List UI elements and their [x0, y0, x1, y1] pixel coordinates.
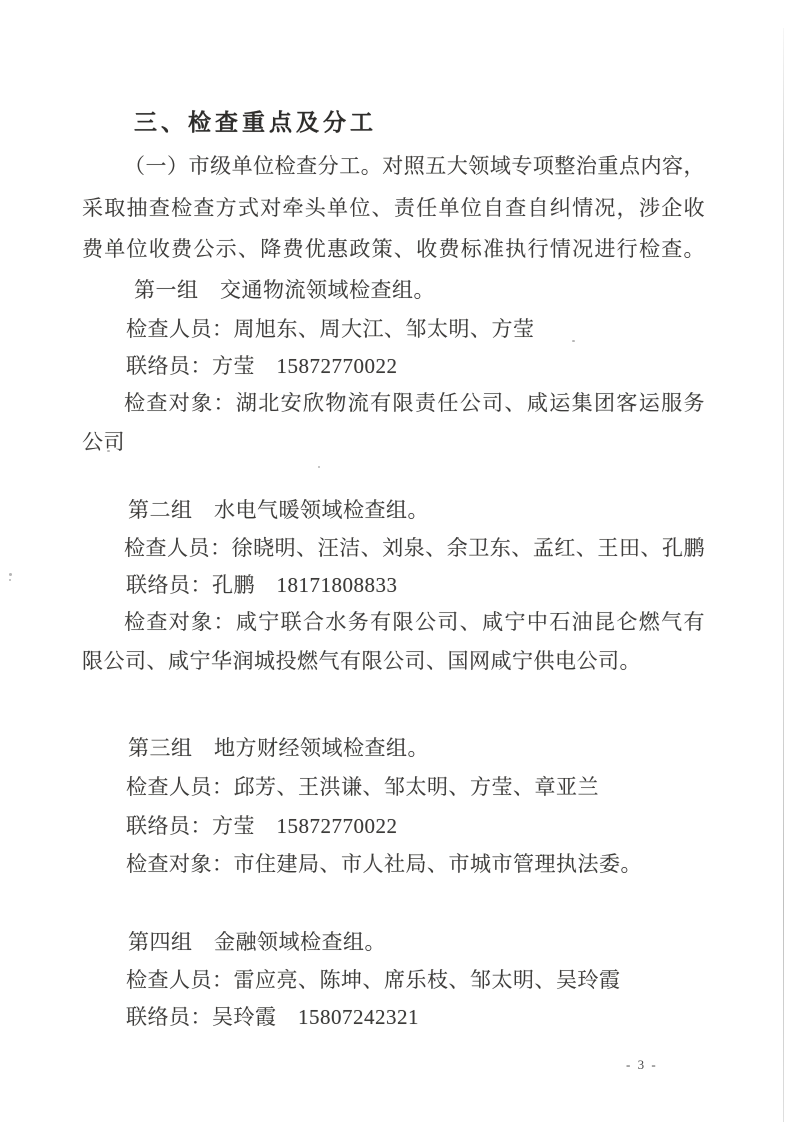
inspectors-line: 检查人员：周旭东、周大江、邹太明、方莹 [126, 315, 535, 343]
group-title: 第三组 地方财经领域检查组。 [128, 734, 429, 762]
liaison-line: 联络员：方莹 15872770022 [126, 812, 398, 840]
targets-line: 限公司、咸宁华润城投燃气有限公司、国网咸宁供电公司。 [82, 647, 641, 675]
targets-line: 公司 [82, 428, 125, 456]
scan-edge-line [783, 28, 784, 1122]
liaison-line: 联络员：方莹 15872770022 [126, 352, 398, 380]
intro-line: 采取抽查检查方式对牵头单位、责任单位自查自纠情况，涉企收 [82, 194, 705, 222]
document-page: 三、检查重点及分工 （一）市级单位检查分工。对照五大领域专项整治重点内容， 采取… [0, 0, 794, 1122]
group-title: 第四组 金融领域检查组。 [128, 928, 386, 956]
liaison-line: 联络员：吴玲霞 15807242321 [126, 1003, 419, 1031]
scan-speck [572, 340, 575, 342]
scan-speck [9, 573, 12, 576]
inspectors-line: 检查人员：雷应亮、陈坤、席乐枝、邹太明、吴玲霞 [126, 966, 621, 994]
group-title: 第一组 交通物流领域检查组。 [134, 276, 435, 304]
scan-speck [107, 450, 110, 452]
page-number: - 3 - [626, 1057, 658, 1073]
targets-line: 检查对象：市住建局、市人社局、市城市管理执法委。 [126, 850, 642, 878]
intro-line: 费单位收费公示、降费优惠政策、收费标准执行情况进行检查。 [82, 235, 705, 263]
scan-speck [318, 466, 320, 468]
scan-speck [9, 579, 11, 581]
section-heading: 三、检查重点及分工 [134, 108, 377, 136]
inspectors-line: 检查人员：邱芳、王洪谦、邹太明、方莹、章亚兰 [126, 773, 599, 801]
targets-line: 检查对象：咸宁联合水务有限公司、咸宁中石油昆仑燃气有 [124, 608, 705, 636]
intro-line: （一）市级单位检查分工。对照五大领域专项整治重点内容， [124, 152, 705, 180]
targets-line: 检查对象：湖北安欣物流有限责任公司、咸运集团客运服务 [124, 389, 705, 417]
group-title: 第二组 水电气暖领域检查组。 [128, 496, 429, 524]
liaison-line: 联络员：孔鹏 18171808833 [126, 571, 398, 599]
inspectors-line: 检查人员：徐晓明、汪洁、刘泉、余卫东、孟红、王田、孔鹏 [124, 534, 705, 562]
